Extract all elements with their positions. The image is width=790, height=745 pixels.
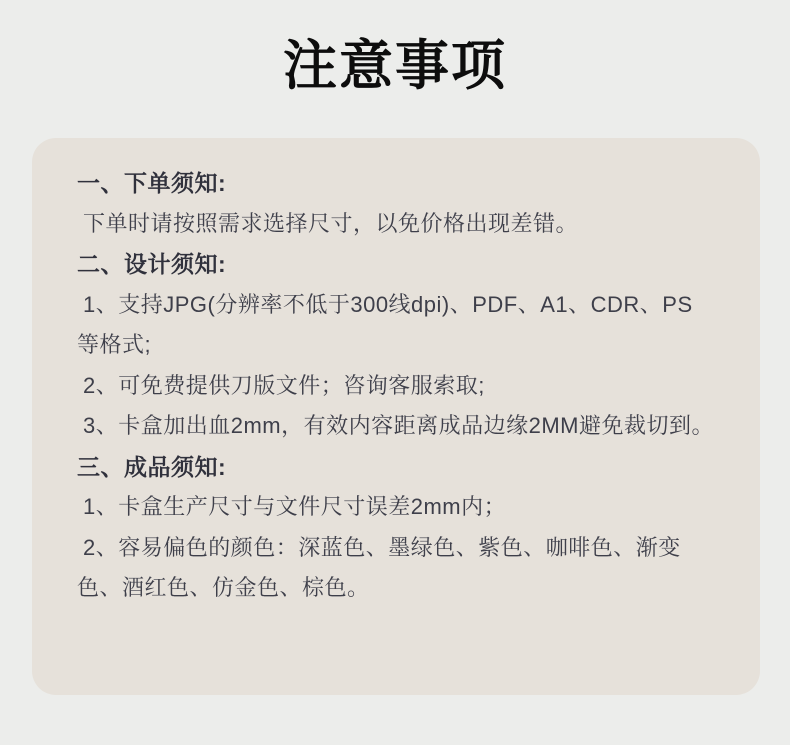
section-order-notes: 一、下单须知: 下单时请按照需求选择尺寸，以免价格出现差错。 (77, 163, 714, 244)
design-note-item-3: 3、卡盒加出血2mm，有效内容距离成品边缘2MM避免裁切到。 (77, 406, 714, 447)
section-design-heading: 二、设计须知: (77, 244, 714, 285)
design-note-item-1: 1、支持JPG(分辨率不低于300线dpi)、PDF、A1、CDR、PS等格式; (77, 285, 714, 366)
section-product-notes: 三、成品须知: 1、卡盒生产尺寸与文件尺寸误差2mm内； 2、容易偏色的颜色：深… (77, 447, 714, 609)
product-note-item-1: 1、卡盒生产尺寸与文件尺寸误差2mm内； (77, 487, 714, 528)
section-design-notes: 二、设计须知: 1、支持JPG(分辨率不低于300线dpi)、PDF、A1、CD… (77, 244, 714, 447)
notice-card: 一、下单须知: 下单时请按照需求选择尺寸，以免价格出现差错。 二、设计须知: 1… (32, 138, 760, 695)
order-note-item: 下单时请按照需求选择尺寸，以免价格出现差错。 (77, 204, 714, 245)
section-product-heading: 三、成品须知: (77, 447, 714, 488)
design-note-item-2: 2、可免费提供刀版文件；咨询客服索取; (77, 366, 714, 407)
section-order-heading: 一、下单须知: (77, 163, 714, 204)
page-title: 注意事项 (0, 36, 790, 96)
product-note-item-2: 2、容易偏色的颜色：深蓝色、墨绿色、紫色、咖啡色、渐变色、酒红色、仿金色、棕色。 (77, 528, 714, 609)
